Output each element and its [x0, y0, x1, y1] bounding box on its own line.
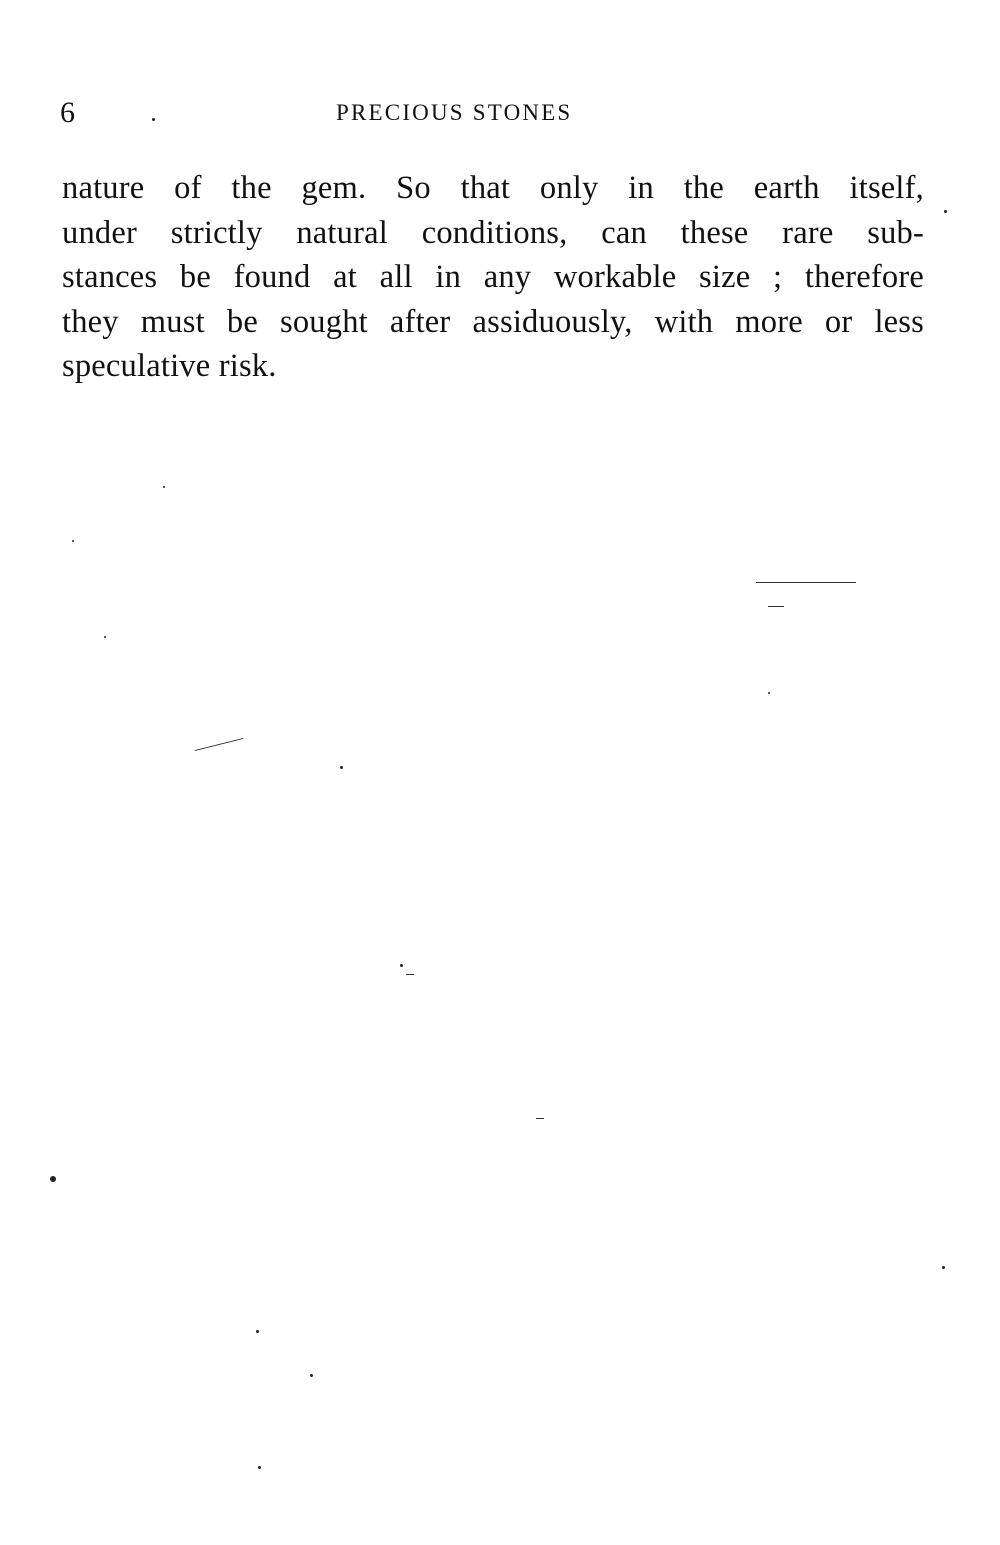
scan-speck [944, 210, 947, 213]
scan-speck [340, 766, 343, 769]
scan-speck [310, 1374, 313, 1377]
text-line: nature of the gem. So that only in the e… [62, 166, 924, 211]
text-line: under strictly natural conditions, can t… [62, 211, 924, 256]
page-number: 6 [60, 96, 75, 130]
scan-streak [536, 1118, 544, 1119]
book-page: 6 PRECIOUS STONES nature of the gem. So … [0, 0, 1000, 1545]
text-line: stances be found at all in any workable … [62, 255, 924, 300]
page-header: 6 PRECIOUS STONES [60, 96, 930, 136]
scan-streak [756, 582, 856, 583]
scan-speck [400, 964, 403, 967]
scan-streak [406, 974, 414, 975]
scan-speck [258, 1466, 261, 1469]
scan-speck [942, 1266, 945, 1269]
scan-speck [72, 540, 74, 542]
scan-speck [163, 486, 165, 488]
running-head: PRECIOUS STONES [336, 100, 572, 126]
scan-streak [768, 606, 784, 607]
scan-speck [104, 636, 106, 638]
scan-speck [768, 692, 770, 694]
scan-speck [152, 118, 155, 121]
body-paragraph: nature of the gem. So that only in the e… [62, 166, 924, 389]
text-line: they must be sought after assiduously, w… [62, 300, 924, 345]
scan-streak [195, 738, 244, 751]
scan-speck [50, 1176, 56, 1182]
text-line: speculative risk. [62, 344, 924, 389]
scan-speck [256, 1330, 259, 1333]
